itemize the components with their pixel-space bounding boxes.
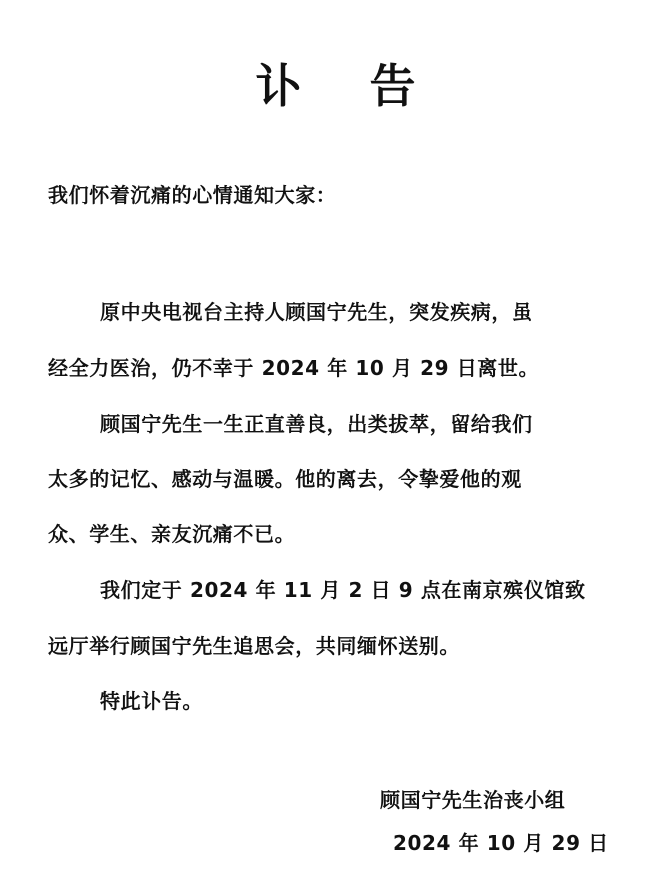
paragraph-line: 经全力医治，仍不幸于 2024 年 10 月 29 日离世。 <box>48 354 539 382</box>
signature-date: 2024 年 10 月 29 日 <box>393 829 609 857</box>
paragraph-line: 原中央电视台主持人顾国宁先生，突发疾病，虽 <box>100 298 533 326</box>
obituary-document: 讣 告 我们怀着沉痛的心情通知大家： 原中央电视台主持人顾国宁先生，突发疾病，虽… <box>0 0 671 878</box>
paragraph-line: 特此讣告。 <box>100 687 203 715</box>
document-title: 讣 告 <box>0 56 671 116</box>
greeting-line: 我们怀着沉痛的心情通知大家： <box>48 181 336 209</box>
signature-organization: 顾国宁先生治丧小组 <box>380 786 565 814</box>
paragraph-line: 远厅举行顾国宁先生追思会，共同缅怀送别。 <box>48 632 460 660</box>
paragraph-line: 众、学生、亲友沉痛不已。 <box>48 520 295 548</box>
paragraph-line: 太多的记忆、感动与温暖。他的离去，令挚爱他的观 <box>48 465 522 493</box>
paragraph-line: 我们定于 2024 年 11 月 2 日 9 点在南京殡仪馆致 <box>100 576 586 604</box>
paragraph-line: 顾国宁先生一生正直善良，出类拔萃，留给我们 <box>100 410 533 438</box>
